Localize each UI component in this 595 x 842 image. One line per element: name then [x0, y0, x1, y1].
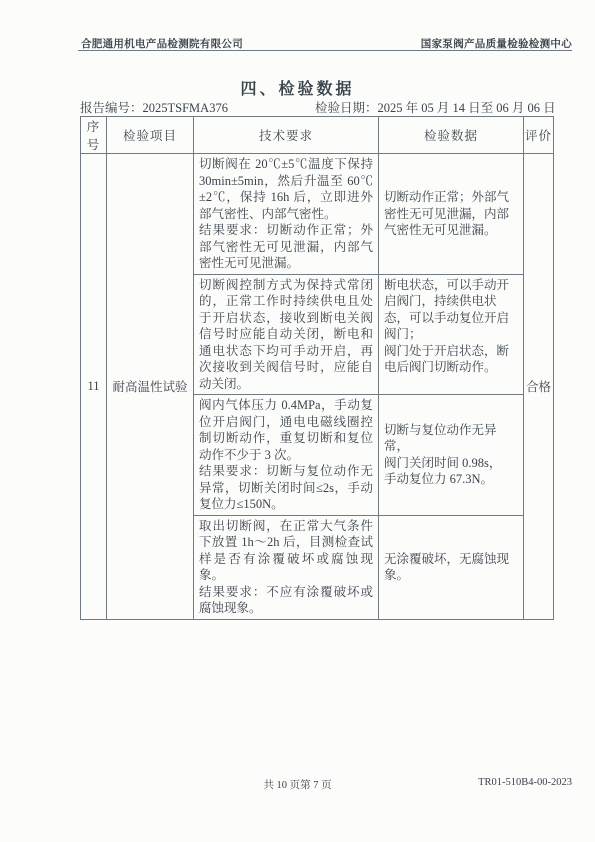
- data-cell-4: 无涂覆破坏，无腐蚀现象。: [379, 515, 524, 619]
- section-title: 四、检验数据: [0, 76, 595, 99]
- item-cell: 耐高温性试验: [107, 154, 194, 620]
- data-cell-3: 切断与复位动作无异常， 阀门关闭时间 0.98s， 手动复位力 67.3N。: [379, 395, 524, 516]
- column-header-data: 检验数据: [379, 117, 524, 154]
- footer-form-number: TR01-510B4-00-2023: [478, 777, 572, 788]
- report-no-value: 2025TSFMA376: [143, 101, 228, 115]
- column-header-seq: 序号: [81, 117, 107, 154]
- inspection-date-value: 2025 年 05 月 14 日至 06 月 06 日: [378, 101, 556, 115]
- document-page: 合肥通用机电产品检测院有限公司 国家泵阀产品质量检验检测中心 四、检验数据 报告…: [0, 0, 595, 842]
- column-header-evaluation: 评价: [524, 117, 554, 154]
- column-header-item: 检验项目: [107, 117, 194, 154]
- footer-page-number: 共 10 页第 7 页: [263, 777, 331, 792]
- header-company-left: 合肥通用机电产品检测院有限公司: [81, 36, 243, 51]
- inspection-date-label: 检验日期：: [315, 101, 378, 115]
- inspection-date: 检验日期：2025 年 05 月 14 日至 06 月 06 日: [315, 98, 556, 116]
- evaluation-cell: 合格: [524, 154, 554, 620]
- header-divider: [78, 50, 572, 51]
- table-row: 11 耐高温性试验 切断阀在 20℃±5℃温度下保持 30min±5min，然后…: [81, 154, 554, 275]
- data-cell-2: 断电状态，可以手动开启阀门，持续供电状态，可以手动复位开启阀门； 阀门处于开启状…: [379, 274, 524, 395]
- inspection-data-table: 序号 检验项目 技术要求 检验数据 评价 11 耐高温性试验 切断阀在 20℃±…: [80, 116, 554, 620]
- requirement-cell-2: 切断阀控制方式为保持式常闭的，正常工作时持续供电且处于开启状态，接收到断电关阀信…: [194, 274, 379, 395]
- column-header-requirement: 技术要求: [194, 117, 379, 154]
- seq-cell: 11: [81, 154, 107, 620]
- requirement-cell-3: 阀内气体压力 0.4MPa，手动复位开启阀门，通电电磁线圈控制切断动作，重复切断…: [194, 395, 379, 516]
- report-info-line: 报告编号：2025TSFMA376 检验日期：2025 年 05 月 14 日至…: [80, 98, 572, 116]
- report-no-label: 报告编号：: [80, 101, 143, 115]
- data-cell-1: 切断动作正常；外部气密性无可见泄漏，内部气密性无可见泄漏。: [379, 154, 524, 275]
- requirement-cell-1: 切断阀在 20℃±5℃温度下保持 30min±5min，然后升温至 60℃±2℃…: [194, 154, 379, 275]
- header-center-right: 国家泵阀产品质量检验检测中心: [421, 36, 572, 51]
- table-header-row: 序号 检验项目 技术要求 检验数据 评价: [81, 117, 554, 154]
- requirement-cell-4: 取出切断阀，在正常大气条件下放置 1h～2h 后，目测检查试样是否有涂覆破坏或腐…: [194, 515, 379, 619]
